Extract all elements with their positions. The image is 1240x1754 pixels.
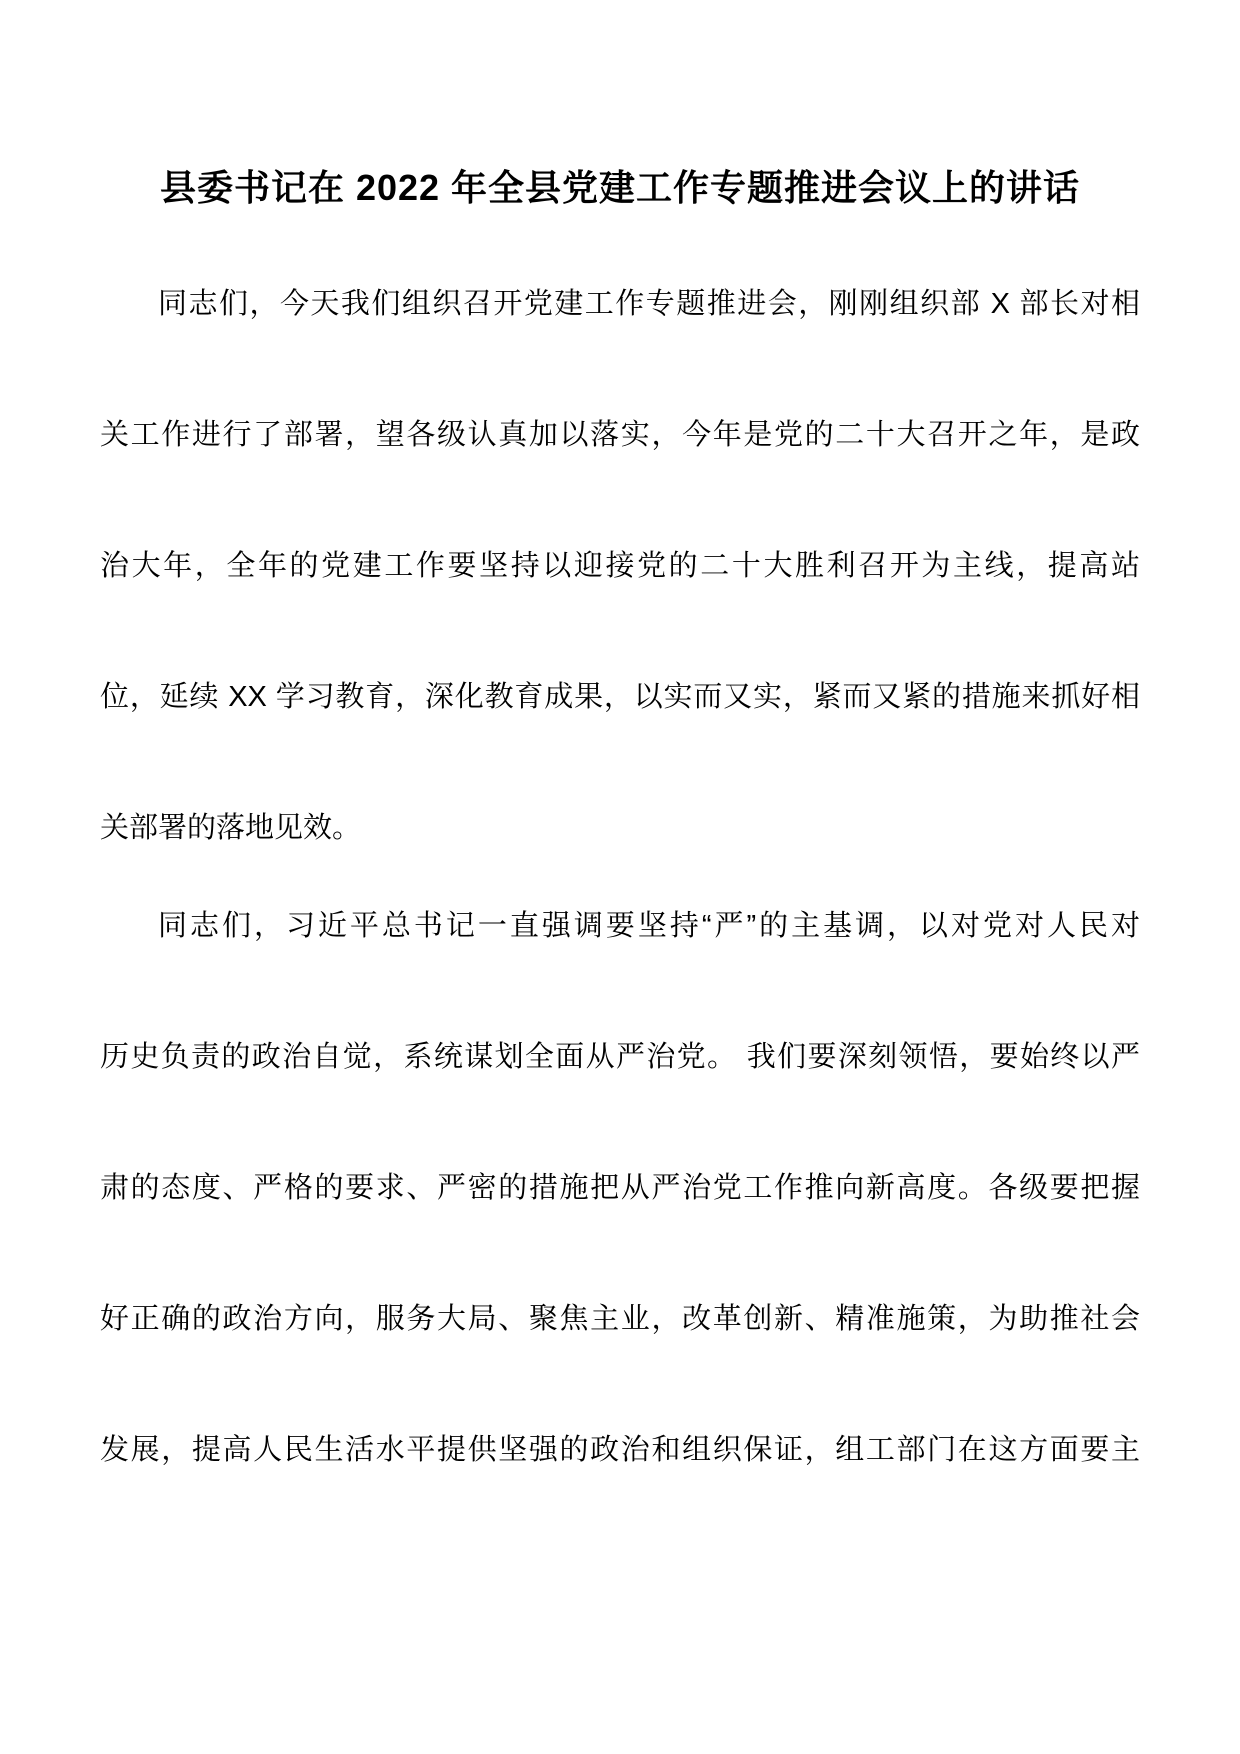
text-line: 历史负责的政治自觉，系统谋划全面从严治党。 我们要深刻领悟，要始终以严 [100, 1041, 1140, 1172]
text-line: 治大年，全年的党建工作要坚持以迎接党的二十大胜利召开为主线，提高站 [100, 550, 1140, 681]
text-line: 发展，提高人民生活水平提供坚强的政治和组织保证，组工部门在这方面要主 [100, 1434, 1140, 1565]
text-line: 肃的态度、严格的要求、严密的措施把从严治党工作推向新高度。各级要把握 [100, 1172, 1140, 1303]
text-line: 位，延续 XX 学习教育，深化教育成果，以实而又实，紧而又紧的措施来抓好相 [100, 681, 1140, 812]
text-line: 同志们，习近平总书记一直强调要坚持“严”的主基调，以对党对人民对 [100, 910, 1140, 1041]
text-line: 关工作进行了部署，望各级认真加以落实，今年是党的二十大召开之年，是政 [100, 419, 1140, 550]
document-title: 县委书记在 2022 年全县党建工作专题推进会议上的讲话 [100, 168, 1140, 208]
document-page: 县委书记在 2022 年全县党建工作专题推进会议上的讲话 同志们，今天我们组织召… [0, 0, 1240, 1754]
text-line: 同志们，今天我们组织召开党建工作专题推进会，刚刚组织部 X 部长对相 [100, 288, 1140, 419]
paragraph-1: 同志们，今天我们组织召开党建工作专题推进会，刚刚组织部 X 部长对相 关工作进行… [100, 288, 1140, 943]
paragraph-2: 同志们，习近平总书记一直强调要坚持“严”的主基调，以对党对人民对 历史负责的政治… [100, 910, 1140, 1565]
text-line: 好正确的政治方向，服务大局、聚焦主业，改革创新、精准施策，为助推社会 [100, 1303, 1140, 1434]
